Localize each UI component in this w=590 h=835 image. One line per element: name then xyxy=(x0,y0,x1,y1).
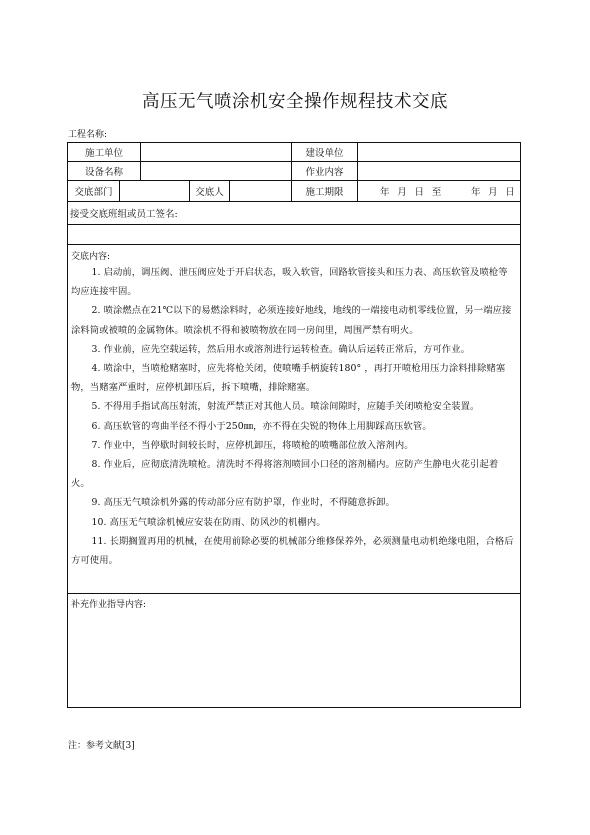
content-item-6: 6. 高压软管的弯曲半径不得小于250㎜，亦不得在尖锐的物体上用脚踩高压软管。 xyxy=(71,417,517,436)
row-signature-label: 接受交底班组或员工签名: xyxy=(68,202,520,225)
period-label: 施工期限 xyxy=(292,181,358,201)
content-item-3: 3. 作业前，应先空载运转，然后用水或溶剂进行运转检查。确认后运转正常后，方可作… xyxy=(71,340,517,359)
content-item-1: 1. 启动前，调压阀、泄压阀应处于开启状态，吸入软管，回路软管接头和压力表、高压… xyxy=(71,263,517,301)
content-item-8: 8. 作业后，应彻底清洗喷枪。清洗时不得将溶剂喷回小口径的溶剂桶内。应防产生静电… xyxy=(71,455,517,493)
building-unit-field[interactable] xyxy=(358,143,520,161)
signature-label: 接受交底班组或员工签名: xyxy=(68,202,520,224)
period-end-day: 日 xyxy=(505,184,515,198)
project-name-label: 工程名称: xyxy=(68,127,107,140)
content-item-4: 4. 喷涂中，当喷枪赌塞时，应先将枪关闭，使喷嘴手柄旋转180° ，再打开喷枪用… xyxy=(71,359,517,397)
content-label: 交底内容: xyxy=(71,249,517,262)
row-equipment: 设备名称 作业内容 xyxy=(68,162,520,181)
equipment-name-field[interactable] xyxy=(141,162,292,180)
handover-dept-field[interactable] xyxy=(120,181,190,201)
handover-dept-label: 交底部门 xyxy=(68,181,120,201)
period-start-day: 日 xyxy=(414,184,424,198)
signature-field[interactable] xyxy=(68,225,520,244)
content-item-10: 10. 高压无气喷涂机械应安装在防雨、防风沙的机棚内。 xyxy=(71,513,517,532)
row-handover: 交底部门 交底人 施工期限 年 月 日 至 年 月 日 xyxy=(68,181,520,202)
content-item-7: 7. 作业中，当停歇时间较长时，应停机卸压，将喷枪的喷嘴部位放入溶剂内。 xyxy=(71,436,517,455)
building-unit-label: 建设单位 xyxy=(292,143,358,161)
content-item-11: 11. 长期搁置再用的机械，在使用前除必要的机械部分维修保养外，必须测量电动机绝… xyxy=(71,532,517,570)
period-end-year: 年 xyxy=(471,184,481,198)
handover-form-table: 施工单位 建设单位 设备名称 作业内容 交底部门 交底人 施工期限 年 月 日 … xyxy=(67,142,521,708)
work-content-field[interactable] xyxy=(358,162,520,180)
handover-content-section: 交底内容: 1. 启动前，调压阀、泄压阀应处于开启状态，吸入软管，回路软管接头和… xyxy=(68,245,520,594)
reference-note: 注：参考文献[3] xyxy=(68,738,135,751)
period-to: 至 xyxy=(432,184,442,198)
equipment-name-label: 设备名称 xyxy=(68,162,141,180)
content-item-2: 2. 喷涂燃点在21℃以下的易燃涂料时，必须连接好地线，地线的一端接电动机零线位… xyxy=(71,301,517,339)
supplement-section[interactable]: 补充作业指导内容: xyxy=(68,594,520,707)
content-item-5: 5. 不得用手指试高压射流，射流严禁正对其他人员。喷涂间隙时，应随手关闭喷枪安全… xyxy=(71,397,517,416)
work-content-label: 作业内容 xyxy=(292,162,358,180)
handover-person-label: 交底人 xyxy=(190,181,230,201)
row-units: 施工单位 建设单位 xyxy=(68,143,520,162)
construction-unit-field[interactable] xyxy=(141,143,292,161)
document-title: 高压无气喷涂机安全操作规程技术交底 xyxy=(0,88,590,113)
supplement-label: 补充作业指导内容: xyxy=(71,597,517,610)
period-start-month: 月 xyxy=(397,184,407,198)
row-signature-field[interactable] xyxy=(68,225,520,245)
period-field[interactable]: 年 月 日 至 年 月 日 xyxy=(358,181,520,201)
content-item-9: 9. 高压无气喷涂机外露的传动部分应有防护罩，作业时，不得随意拆卸。 xyxy=(71,493,517,512)
period-start-year: 年 xyxy=(380,184,390,198)
period-end-month: 月 xyxy=(488,184,498,198)
construction-unit-label: 施工单位 xyxy=(68,143,141,161)
handover-person-field[interactable] xyxy=(230,181,292,201)
